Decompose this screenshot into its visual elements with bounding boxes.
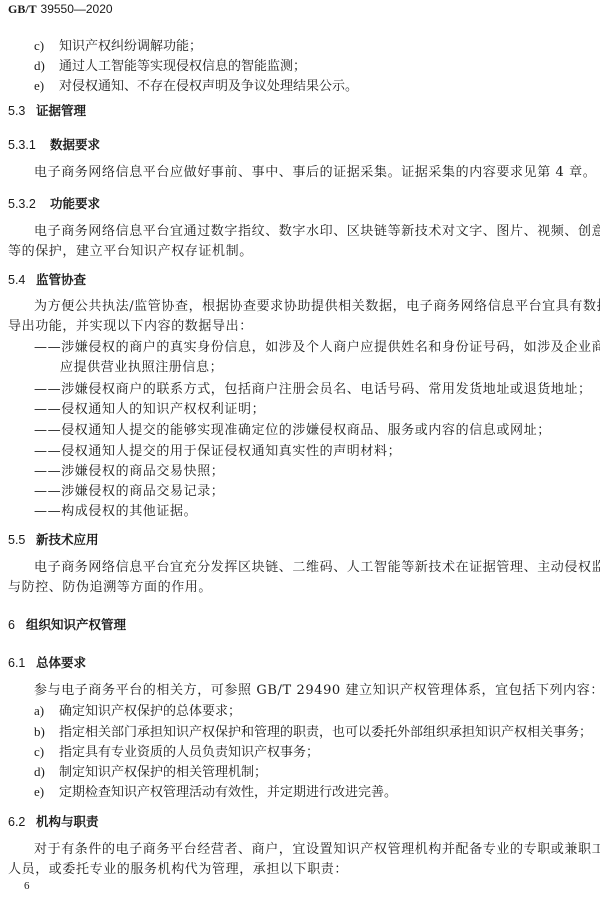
section-title: 功能要求 bbox=[50, 196, 100, 211]
paragraph-line: 等的保护，建立平台知识产权存证机制。 bbox=[8, 242, 253, 262]
list-item: b)指定相关部门承担知识产权保护和管理的职责，也可以委托外部组织承担知识产权相关… bbox=[34, 722, 592, 743]
section-number: 5.3.1 bbox=[8, 135, 50, 155]
dash-item: ——侵权通知人提交的能够实现准确定位的涉嫌侵权商品、服务或内容的信息或网址； bbox=[34, 421, 551, 441]
item-text: 定期检查知识产权管理活动有效性，并定期进行改进完善。 bbox=[59, 785, 397, 800]
item-text: 指定具有专业资质的人员负责知识产权事务； bbox=[59, 745, 319, 760]
section-number: 5.5 bbox=[8, 530, 36, 550]
section-heading-5-3-1: 5.3.1数据要求 bbox=[8, 135, 100, 155]
section-title: 证据管理 bbox=[36, 103, 86, 118]
item-label: b) bbox=[34, 722, 59, 742]
section-title: 新技术应用 bbox=[36, 532, 99, 547]
section-heading-6-2: 6.2机构与职责 bbox=[8, 812, 99, 832]
dash-item: ——涉嫌侵权的商户的真实身份信息，如涉及个人商户应提供姓名和身份证号码，如涉及企… bbox=[34, 338, 600, 358]
section-title: 机构与职责 bbox=[36, 814, 99, 829]
item-text: 制定知识产权保护的相关管理机制； bbox=[59, 765, 267, 780]
item-text: 通过人工智能等实现侵权信息的智能监测； bbox=[59, 59, 306, 74]
item-text: 知识产权纠纷调解功能； bbox=[59, 39, 202, 54]
list-item: c)指定具有专业资质的人员负责知识产权事务； bbox=[34, 742, 319, 763]
item-label: d) bbox=[34, 762, 59, 782]
list-item: d)通过人工智能等实现侵权信息的智能监测； bbox=[34, 56, 306, 77]
section-number: 6.2 bbox=[8, 812, 36, 832]
section-title: 总体要求 bbox=[36, 655, 86, 670]
item-label: a) bbox=[34, 701, 59, 721]
section-heading-5-4: 5.4监管协查 bbox=[8, 270, 86, 290]
chapter-title: 组织知识产权管理 bbox=[26, 617, 126, 632]
dash-item: ——涉嫌侵权商户的联系方式，包括商户注册会员名、电话号码、常用发货地址或退货地址… bbox=[34, 380, 592, 400]
section-heading-6-1: 6.1总体要求 bbox=[8, 653, 86, 673]
list-item: e)定期检查知识产权管理活动有效性，并定期进行改进完善。 bbox=[34, 782, 397, 803]
paragraph-line: 与防控、防伪追溯等方面的作用。 bbox=[8, 578, 212, 598]
item-label: e) bbox=[34, 782, 59, 802]
section-title: 数据要求 bbox=[50, 137, 100, 152]
list-item: c)知识产权纠纷调解功能； bbox=[34, 36, 202, 57]
dash-item: ——涉嫌侵权的商品交易记录； bbox=[34, 482, 224, 502]
paragraph-line: 人员，或委托专业的服务机构代为管理，承担以下职责： bbox=[8, 860, 348, 880]
chapter-heading-6: 6组织知识产权管理 bbox=[8, 615, 126, 635]
list-item: a)确定知识产权保护的总体要求； bbox=[34, 701, 241, 722]
section-heading-5-3-2: 5.3.2功能要求 bbox=[8, 194, 100, 214]
item-text: 对侵权通知、不存在侵权声明及争议处理结果公示。 bbox=[59, 79, 358, 94]
item-label: e) bbox=[34, 76, 59, 96]
item-label: c) bbox=[34, 36, 59, 56]
paragraph-line: 参与电子商务平台的相关方，可参照 GB/T 29490 建立知识产权管理体系，宜… bbox=[34, 681, 600, 701]
section-heading-5-3: 5.3证据管理 bbox=[8, 101, 86, 121]
item-text: 指定相关部门承担知识产权保护和管理的职责，也可以委托外部组织承担知识产权相关事务… bbox=[59, 725, 592, 740]
section-heading-5-5: 5.5新技术应用 bbox=[8, 530, 99, 550]
dash-item-continuation: 应提供营业执照注册信息； bbox=[60, 358, 223, 378]
dash-item: ——构成侵权的其他证据。 bbox=[34, 502, 197, 522]
list-item: d)制定知识产权保护的相关管理机制； bbox=[34, 762, 267, 783]
section-number: 5.4 bbox=[8, 270, 36, 290]
standard-code: GB/T bbox=[8, 2, 37, 16]
item-text: 确定知识产权保护的总体要求； bbox=[59, 704, 241, 719]
paragraph-line: 电子商务网络信息平台宜通过数字指纹、数字水印、区块链等新技术对文字、图片、视频、… bbox=[34, 222, 600, 242]
paragraph-line: 导出功能，并实现以下内容的数据导出： bbox=[8, 317, 253, 337]
standard-number: 39550—2020 bbox=[41, 2, 113, 16]
dash-item: ——侵权通知人提交的用于保证侵权通知真实性的声明材料； bbox=[34, 442, 401, 462]
item-label: d) bbox=[34, 56, 59, 76]
paragraph-line: 为方便公共执法/监管协查，根据协查要求协助提供相关数据，电子商务网络信息平台宜具… bbox=[34, 297, 600, 317]
section-number: 5.3 bbox=[8, 101, 36, 121]
dash-item: ——涉嫌侵权的商品交易快照； bbox=[34, 462, 224, 482]
section-number: 5.3.2 bbox=[8, 194, 50, 214]
list-item: e)对侵权通知、不存在侵权声明及争议处理结果公示。 bbox=[34, 76, 358, 97]
section-title: 监管协查 bbox=[36, 272, 86, 287]
section-number: 6.1 bbox=[8, 653, 36, 673]
chapter-number: 6 bbox=[8, 615, 26, 635]
paragraph-line: 对于有条件的电子商务平台经营者、商户，宜设置知识产权管理机构并配备专业的专职或兼… bbox=[34, 840, 600, 860]
paragraph-line: 电子商务网络信息平台宜充分发挥区块链、二维码、人工智能等新技术在证据管理、主动侵… bbox=[34, 558, 600, 578]
page-number: 6 bbox=[24, 880, 30, 892]
paragraph-line: 电子商务网络信息平台应做好事前、事中、事后的证据采集。证据采集的内容要求见第 4… bbox=[34, 163, 596, 183]
item-label: c) bbox=[34, 742, 59, 762]
dash-item: ——侵权通知人的知识产权权利证明； bbox=[34, 400, 265, 420]
document-header: GB/T 39550—2020 bbox=[8, 0, 113, 18]
